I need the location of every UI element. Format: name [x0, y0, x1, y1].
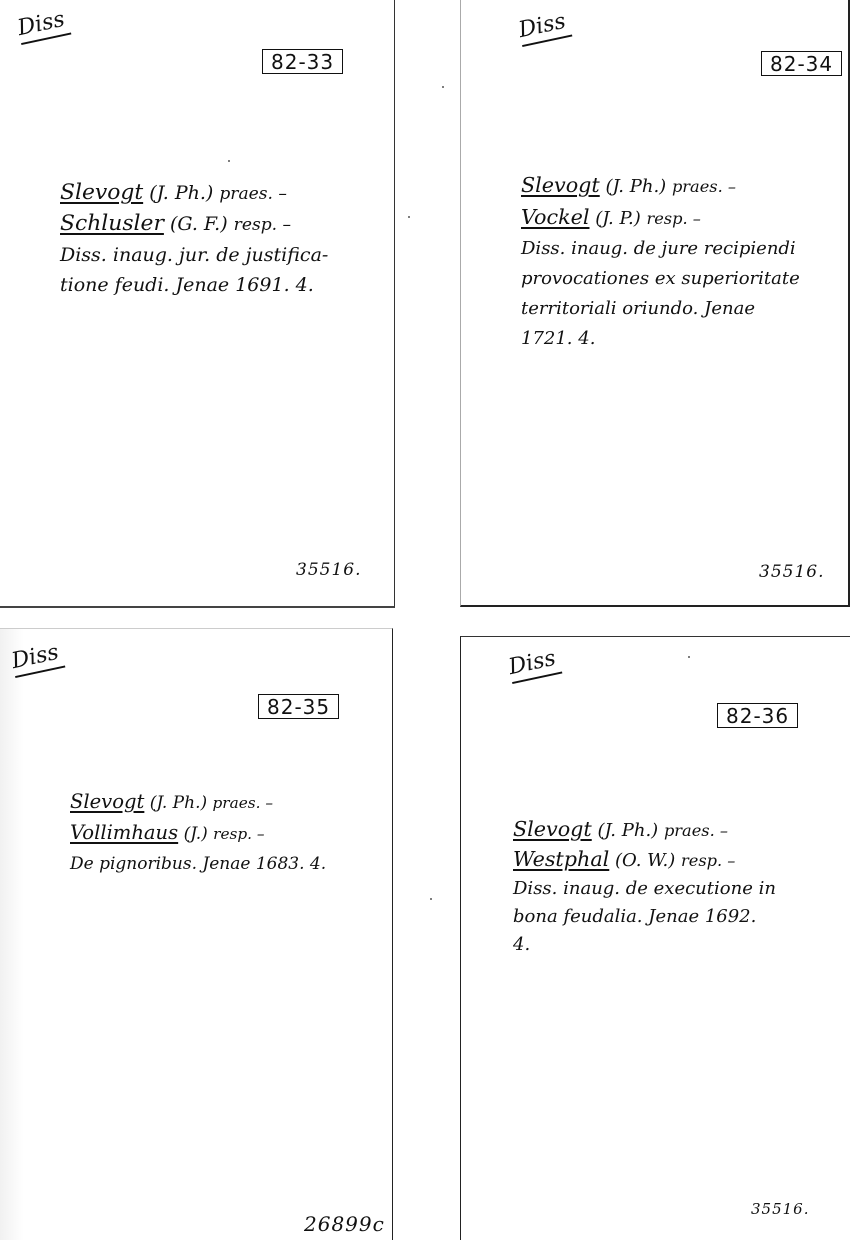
scan-speck — [228, 160, 230, 162]
dissertation-mark: Diss — [517, 9, 573, 47]
respondent-name: Vollimhaus — [70, 821, 178, 844]
respondent-role: resp. – — [234, 215, 291, 235]
title-line: 4. — [513, 931, 776, 959]
praeses-line: Slevogt (J. Ph.) praes. – — [60, 178, 328, 209]
title-line: bona feudalia. Jenae 1692. — [513, 903, 776, 931]
praeses-initials: (J. Ph.) — [597, 820, 658, 841]
praeses-name: Slevogt — [70, 790, 144, 813]
catalog-card-82-34: Diss 82-34 Slevogt (J. Ph.) praes. – Voc… — [460, 0, 850, 607]
respondent-role: resp. – — [681, 851, 735, 870]
respondent-line: Vockel (J. P.) resp. – — [521, 202, 800, 234]
title-line: Diss. inaug. de executione in — [513, 875, 776, 903]
bibliographic-entry: Slevogt (J. Ph.) praes. – Vockel (J. P.)… — [521, 170, 800, 354]
catalog-card-82-36: Diss 82-36 Slevogt (J. Ph.) praes. – Wes… — [460, 636, 850, 1240]
bibliographic-entry: Slevogt (J. Ph.) praes. – Schlusler (G. … — [60, 178, 328, 300]
respondent-line: Westphal (O. W.) resp. – — [513, 845, 776, 875]
praeses-role: praes. – — [219, 184, 287, 204]
title-line: Diss. inaug. jur. de justifica- — [60, 240, 328, 270]
scan-speck — [688, 656, 690, 658]
praeses-initials: (J. Ph.) — [150, 793, 207, 813]
accession-number: 35516. — [296, 560, 361, 580]
respondent-initials: (O. W.) — [615, 850, 675, 871]
call-number: 82-36 — [717, 703, 798, 728]
call-number: 82-33 — [262, 49, 343, 74]
praeses-initials: (J. Ph.) — [149, 182, 213, 204]
accession-number: 35516. — [751, 1200, 810, 1218]
respondent-role: resp. – — [213, 825, 264, 843]
accession-number: 35516. — [759, 562, 824, 582]
praeses-name: Slevogt — [60, 180, 143, 205]
title-line: provocationes ex superioritate — [521, 264, 800, 294]
dissertation-mark: Diss — [507, 646, 563, 684]
title-line: territoriali oriundo. Jenae — [521, 294, 800, 324]
accession-number: 26899c — [304, 1212, 385, 1236]
dissertation-mark: Diss — [16, 7, 72, 45]
praeses-line: Slevogt (J. Ph.) praes. – — [70, 787, 326, 818]
scan-speck — [442, 86, 444, 88]
respondent-initials: (J. P.) — [595, 208, 641, 229]
praeses-line: Slevogt (J. Ph.) praes. – — [521, 170, 800, 202]
praeses-role: praes. – — [213, 794, 274, 812]
bibliographic-entry: Slevogt (J. Ph.) praes. – Vollimhaus (J.… — [70, 787, 326, 879]
respondent-initials: (J.) — [184, 824, 208, 844]
catalog-card-82-33: Diss 82-33 Slevogt (J. Ph.) praes. – Sch… — [0, 0, 395, 608]
respondent-name: Westphal — [513, 847, 609, 871]
title-line: De pignoribus. Jenae 1683. 4. — [70, 849, 326, 879]
catalog-card-82-35: Diss 82-35 Slevogt (J. Ph.) praes. – Vol… — [0, 628, 393, 1240]
praeses-role: praes. – — [664, 821, 728, 840]
praeses-line: Slevogt (J. Ph.) praes. – — [513, 815, 776, 845]
praeses-name: Slevogt — [521, 173, 600, 197]
praeses-initials: (J. Ph.) — [605, 176, 666, 197]
respondent-initials: (G. F.) — [170, 213, 228, 235]
call-number: 82-34 — [761, 51, 842, 76]
respondent-name: Vockel — [521, 205, 589, 229]
respondent-name: Schlusler — [60, 211, 164, 236]
respondent-role: resp. – — [646, 209, 700, 228]
respondent-line: Schlusler (G. F.) resp. – — [60, 209, 328, 240]
scan-speck — [430, 898, 432, 900]
bibliographic-entry: Slevogt (J. Ph.) praes. – Westphal (O. W… — [513, 815, 776, 959]
praeses-role: praes. – — [672, 177, 736, 196]
respondent-line: Vollimhaus (J.) resp. – — [70, 818, 326, 849]
call-number: 82-35 — [258, 694, 339, 719]
title-line: 1721. 4. — [521, 324, 800, 354]
scan-speck — [408, 216, 410, 218]
title-line: Diss. inaug. de jure recipiendi — [521, 234, 800, 264]
dissertation-mark: Diss — [10, 640, 66, 678]
praeses-name: Slevogt — [513, 817, 592, 841]
title-line: tione feudi. Jenae 1691. 4. — [60, 270, 328, 300]
